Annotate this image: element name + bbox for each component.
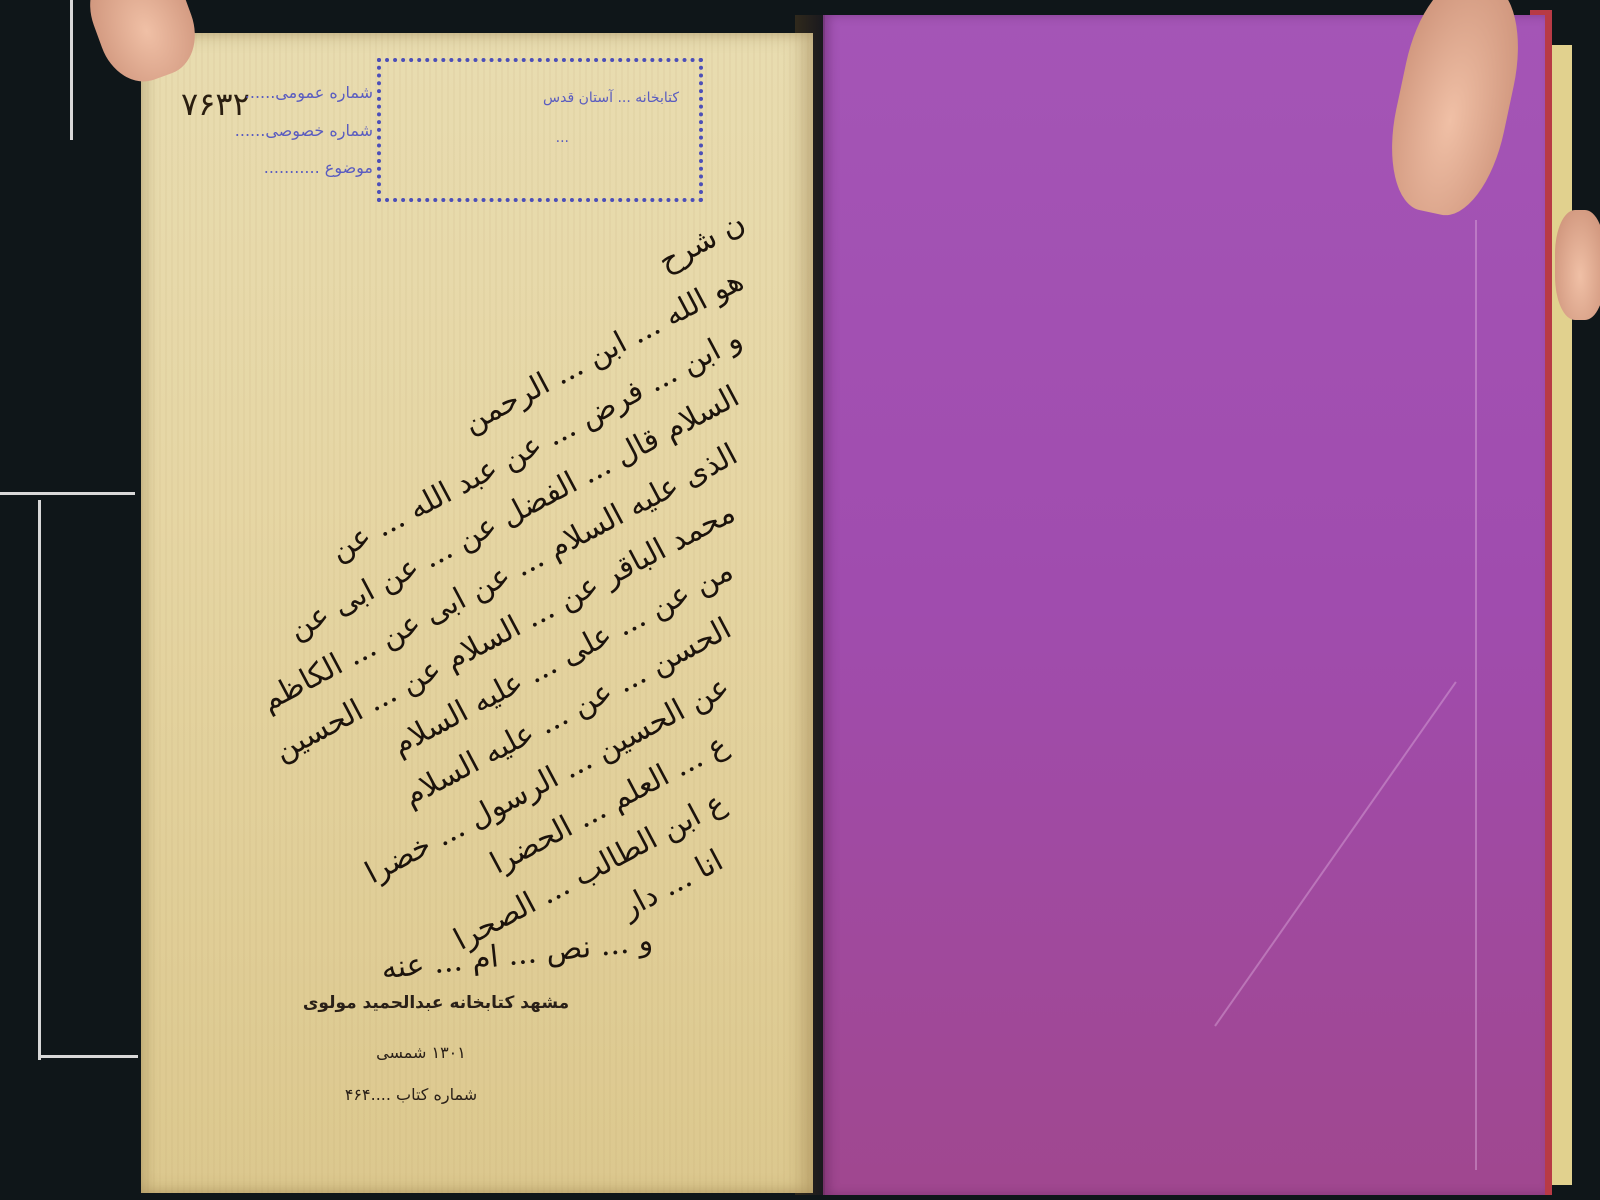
table-line (38, 500, 41, 1060)
general-number-field: شماره عمومی...... (245, 83, 373, 102)
library-name: مشهد کتابخانه عبدالحمید مولوی (141, 993, 731, 1013)
library-stamp: کتابخانه ... آستان قدس ... (377, 58, 703, 202)
open-book: ۷۶۳۲ شماره عمومی...... شماره خصوصی......… (135, 5, 1575, 1200)
right-finger-edge (1555, 210, 1600, 320)
table-line (0, 492, 135, 495)
year-line: ۱۳۰۱ شمسی (141, 1043, 701, 1062)
stamp-line: ... (556, 130, 569, 146)
signature-line: و ... نص ... ام ... عنه (380, 923, 655, 986)
table-line (70, 0, 73, 140)
private-number-field: شماره خصوصی...... (235, 121, 373, 140)
book-number-line: شماره کتاب ....۴۶۴ (141, 1085, 681, 1104)
stamp-line: کتابخانه ... آستان قدس (543, 90, 679, 106)
table-line (38, 1055, 138, 1058)
endpaper-fold (1475, 220, 1477, 1170)
subject-field: موضوع ........... (264, 158, 373, 177)
accession-number: ۷۶۳۲ (181, 85, 250, 123)
title-page: ۷۶۳۲ شماره عمومی...... شماره خصوصی......… (141, 33, 813, 1193)
handwritten-line: ن شرح (653, 205, 751, 279)
